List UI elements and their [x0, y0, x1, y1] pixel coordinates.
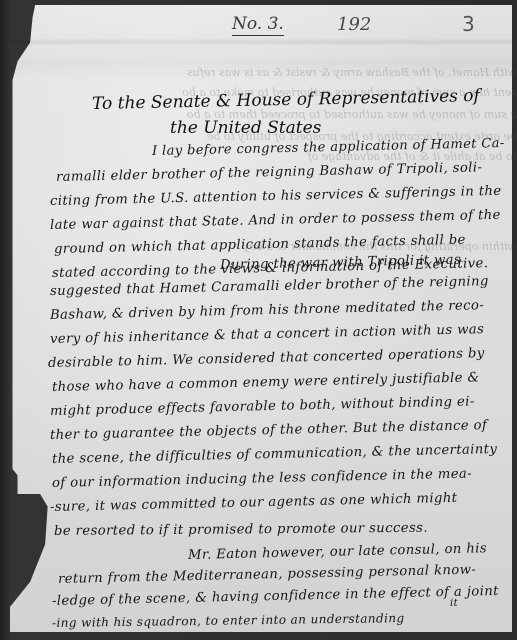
interlinear-insertion: it: [450, 598, 458, 609]
page-number: 3: [462, 12, 475, 36]
document-number: No. 3.: [232, 14, 284, 36]
address-title-line-2: the United States: [170, 118, 321, 138]
folio-number: 192: [337, 14, 371, 35]
bleed-through-text: with Hamet, of the Bashaw army & resist …: [40, 66, 517, 79]
paper-fold-line: [10, 38, 512, 46]
